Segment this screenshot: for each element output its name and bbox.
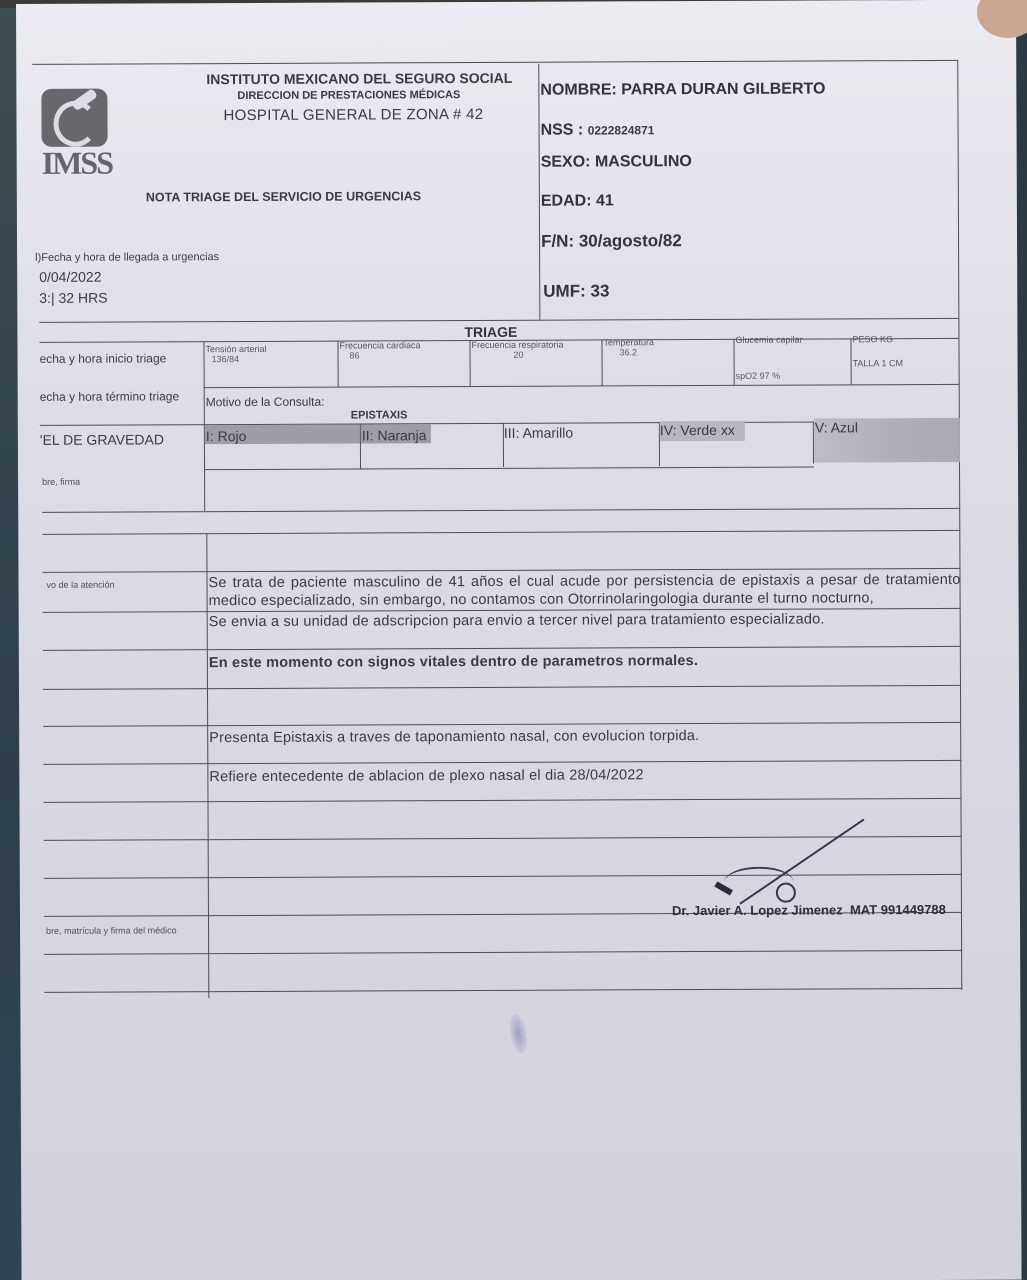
ruled-line (44, 988, 962, 993)
vital-value: 86 (350, 350, 421, 360)
handwritten-signature-icon (710, 830, 870, 911)
direction-title: DIRECCION DE PRESTACIONES MÉDICAS (237, 89, 460, 102)
ruled-line (43, 798, 961, 803)
nss-value: 0222824871 (588, 123, 655, 137)
reason-value: EPISTAXIS (351, 409, 408, 421)
vital-value: 136/84 (212, 354, 267, 364)
ruled-line (43, 722, 961, 727)
patient-sex: SEXO: MASCULINO (541, 153, 692, 172)
doctor-name: Dr. Javier A. Lopez Jimenez MAT 99144978… (672, 902, 946, 918)
vitals-divider-4 (733, 339, 734, 385)
logo-text: IMSS (42, 145, 112, 182)
triage-title: TRIAGE (464, 324, 517, 340)
severity-bottom-line (204, 467, 814, 471)
imss-eagle-mother-child-icon (41, 89, 107, 147)
vital-label: Glucemia capilar (735, 334, 845, 344)
vital-label: Frecuencia cardiaca (339, 340, 420, 350)
severity-level-orange[interactable]: II: Naranja (362, 427, 427, 443)
vitals-divider-5 (850, 338, 851, 384)
nss-label: NSS : (541, 122, 584, 139)
vitals-divider-1 (337, 341, 338, 387)
form-title: NOTA TRIAGE DEL SERVICIO DE URGENCIAS (146, 189, 421, 204)
vital-spo2: spO2 97 % (736, 371, 781, 381)
triage-end-label: echa y hora término triage (40, 389, 179, 404)
ruled-line (42, 530, 960, 535)
ruled-line (44, 950, 962, 955)
attention-label: vo de la atención (47, 580, 115, 590)
vital-label: Frecuencia respiratoria (471, 340, 563, 350)
imss-logo: IMSS (41, 89, 111, 182)
vital-label: Temperatura (603, 337, 654, 347)
hospital-title: HOSPITAL GENERAL DE ZONA # 42 (223, 106, 483, 124)
vitals-divider-2 (469, 340, 470, 386)
patient-age: EDAD: 41 (541, 192, 614, 210)
ruled-line (43, 646, 961, 651)
severity-level-yellow[interactable]: III: Amarillo (504, 425, 573, 441)
arrival-label: l)Fecha y hora de llegada a urgencias (35, 251, 219, 264)
frame-right-line (957, 60, 962, 990)
vital-heart-rate: Frecuencia cardiaca 86 (339, 340, 420, 360)
vital-temperature: Temperatura 36.2 (603, 337, 654, 357)
note-line-5: Presenta Epistaxis a traves de taponamie… (209, 728, 699, 746)
vitals-divider-3 (601, 339, 602, 385)
patient-nss: NSS : 0222824871 (541, 121, 655, 139)
institution-title: INSTITUTO MEXICANO DEL SEGURO SOCIAL (206, 70, 512, 87)
patient-umf: UMF: 33 (543, 281, 609, 301)
ruled-line (43, 760, 961, 765)
vital-respiratory-rate: Frecuencia respiratoria 20 (471, 340, 563, 360)
frame-top-line (32, 60, 957, 65)
note-line-1: Se trata de paciente masculino de 41 año… (208, 572, 960, 591)
triage-form-sheet: IMSS INSTITUTO MEXICANO DEL SEGURO SOCIA… (16, 0, 1022, 1280)
vital-glucose: Glucemia capilar spO2 97 % (735, 334, 845, 382)
arrival-time: 3:| 32 HRS (39, 290, 107, 306)
vital-label: Tensión arterial (205, 344, 266, 354)
vital-height: TALLA 1 CM (853, 358, 903, 368)
vital-value: 36.2 (620, 347, 655, 357)
triage-start-label: echa y hora inicio triage (40, 351, 167, 366)
doctor-mat: MAT 991449788 (850, 902, 946, 917)
vital-weight-height: PESO KG TALLA 1 CM (852, 334, 903, 368)
signature-label: bre, firma (42, 477, 80, 487)
severity-level-red[interactable]: I: Rojo (206, 428, 247, 444)
vital-value: 20 (514, 350, 564, 360)
header-divider (538, 64, 540, 320)
patient-name: NOMBRE: PARRA DURAN GILBERTO (540, 80, 825, 99)
reason-label: Motivo de la Consulta: (206, 395, 325, 410)
vital-blood-pressure: Tensión arterial 136/84 (205, 344, 266, 364)
ruled-line (42, 508, 960, 513)
vitals-bottom-line (204, 384, 960, 388)
severity-level-green-selected[interactable]: IV: Verde xx (660, 422, 735, 438)
doctor-label: bre, matrícula y firma del médico (46, 925, 177, 936)
arrival-date: 0/04/2022 (39, 269, 101, 285)
note-line-2: medico especializado, sin embargo, no co… (209, 590, 874, 609)
note-line-6: Refiere entecedente de ablacion de plexo… (209, 767, 644, 785)
ink-smudge (507, 1013, 530, 1055)
doctor-fullname: Dr. Javier A. Lopez Jimenez (672, 902, 843, 918)
note-line-4: En este momento con signos vitales dentr… (209, 653, 698, 671)
severity-level-blue[interactable]: V: Azul (815, 419, 858, 435)
triage-top-line (39, 318, 959, 323)
vital-weight: PESO KG (852, 334, 902, 344)
severity-label: 'EL DE GRAVEDAD (40, 431, 164, 448)
note-line-3: Se envia a su unidad de adscripcion para… (209, 611, 825, 630)
patient-birth-date: F/N: 30/agosto/82 (541, 231, 682, 252)
ruled-line (43, 685, 961, 690)
